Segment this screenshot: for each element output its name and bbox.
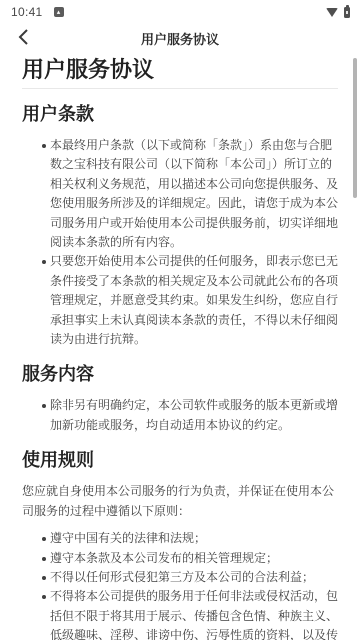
user-terms-list: 本最终用户条款（以下或简称「条款」）系由您与合肥数之宝科技有限公司（以下简称「本… — [22, 136, 338, 349]
list-item: 遵守本条款及本公司发布的相关管理规定； — [22, 549, 338, 568]
wifi-icon — [326, 8, 338, 17]
section-heading-usage-rules: 使用规则 — [22, 448, 338, 472]
app-badge-icon: ▴ — [54, 7, 64, 17]
back-button[interactable] — [8, 24, 40, 52]
list-item: 本最终用户条款（以下或简称「条款」）系由您与合肥数之宝科技有限公司（以下简称「本… — [22, 136, 338, 252]
usage-rules-list: 遵守中国有关的法律和法规； 遵守本条款及本公司发布的相关管理规定； 不得以任何形… — [22, 529, 338, 640]
scrollbar-thumb[interactable] — [353, 58, 357, 198]
section-heading-service-content: 服务内容 — [22, 362, 338, 386]
usage-rules-intro: 您应就自身使用本公司服务的行为负责，并保证在使用本公司服务的过程中遵循以下原则： — [22, 482, 338, 521]
page-title: 用户服务协议 — [22, 56, 338, 89]
list-item: 除非另有明确约定，本公司软件或服务的版本更新或增加新功能或服务，均自动适用本协议… — [22, 396, 338, 435]
agreement-content: 用户服务协议 用户条款 本最终用户条款（以下或简称「条款」）系由您与合肥数之宝科… — [0, 52, 360, 640]
list-item: 不得将本公司提供的服务用于任何非法或侵权活动，包括但不限于将其用于展示、传播包含… — [22, 587, 338, 640]
status-time: 10:41 — [11, 5, 43, 19]
nav-title: 用户服务协议 — [141, 29, 219, 48]
list-item: 遵守中国有关的法律和法规； — [22, 529, 338, 548]
nav-bar: 用户服务协议 — [0, 24, 360, 52]
chevron-left-icon — [16, 28, 32, 49]
list-item: 只要您开始使用本公司提供的任何服务，即表示您已无条件接受了本条款的相关规定及本公… — [22, 252, 338, 349]
battery-icon — [344, 7, 350, 18]
status-bar: 10:41 ▴ — [0, 0, 360, 24]
status-bar-right — [326, 7, 350, 18]
section-heading-user-terms: 用户条款 — [22, 102, 338, 126]
service-content-list: 除非另有明确约定，本公司软件或服务的版本更新或增加新功能或服务，均自动适用本协议… — [22, 396, 338, 435]
list-item: 不得以任何形式侵犯第三方及本公司的合法利益； — [22, 568, 338, 587]
